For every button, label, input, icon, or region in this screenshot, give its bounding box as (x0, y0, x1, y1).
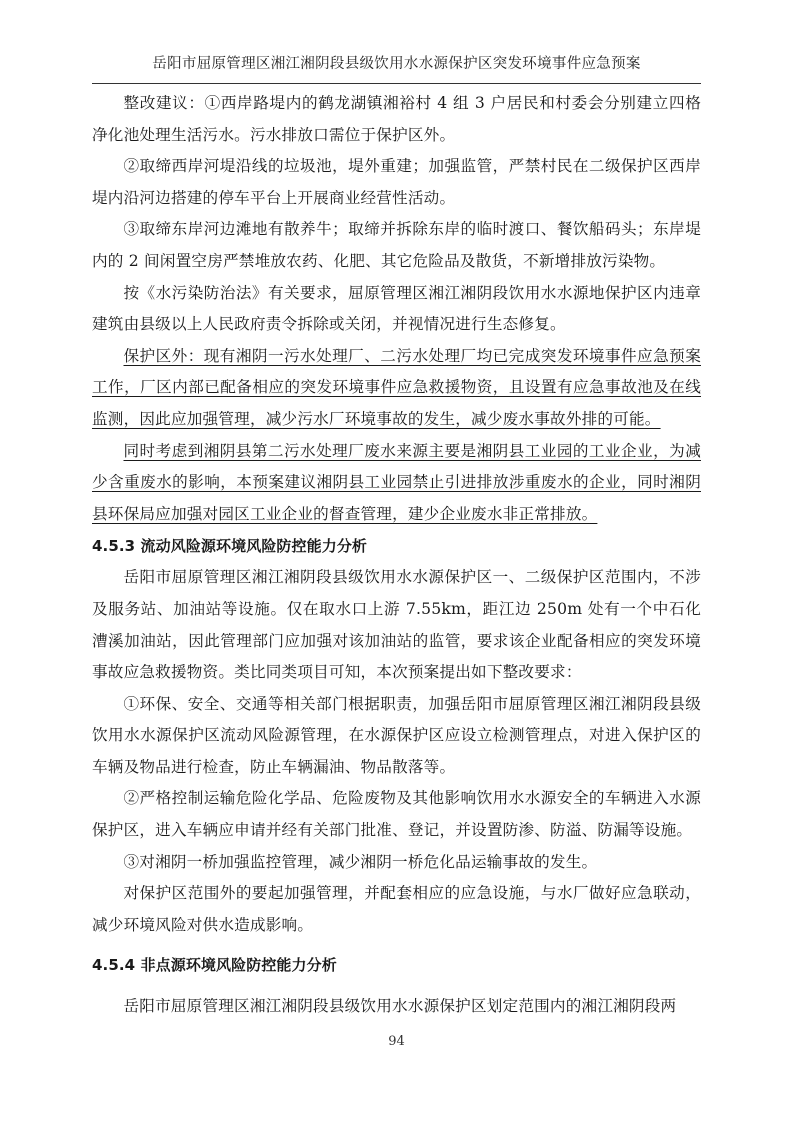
paragraph-rectification-2: ②取缔西岸河堤沿线的垃圾池，堤外重建；加强监管，严禁村民在二级保护区西岸堤内沿河… (92, 151, 701, 214)
paragraph-rectification-3: ③取缔东岸河边滩地有散养牛；取缔并拆除东岸的临时渡口、餐饮船码头；东岸堤内的 2… (92, 214, 701, 277)
paragraph-mobile-risk-item-2: ②严格控制运输危险化学品、危险废物及其他影响饮用水水源安全的车辆进入水源保护区，… (92, 783, 701, 846)
paragraph-industrial-park: 同时考虑到湘阴县第二污水处理厂废水来源主要是湘阴县工业园的工业企业，为减少含重废… (92, 436, 701, 531)
section-heading-4-5-3: 4.5.3 流动风险源环境风险防控能力分析 (92, 530, 701, 562)
running-header: 岳阳市屈原管理区湘江湘阴段县级饮用水水源保护区突发环境事件应急预案 (92, 52, 701, 73)
paragraph-mobile-risk-outside: 对保护区范围外的要起加强管理，并配套相应的应急设施，与水厂做好应急联动，减少环境… (92, 878, 701, 941)
paragraph-rectification-1: 整改建议：①西岸路堤内的鹤龙湖镇湘裕村 4 组 3 户居民和村委会分别建立四格净… (92, 88, 701, 151)
paragraph-nonpoint-risk-intro: 岳阳市屈原管理区湘江湘阴段县级饮用水水源保护区划定范围内的湘江湘阴段两 (92, 991, 701, 1023)
header-divider (92, 83, 701, 84)
page-number: 94 (0, 1034, 793, 1049)
paragraph-mobile-risk-item-3: ③对湘阴一桥加强监控管理，减少湘阴一桥危化品运输事故的发生。 (92, 847, 701, 879)
paragraph-outside-protection-zone: 保护区外：现有湘阴一污水处理厂、二污水处理厂均已完成突发环境事件应急预案工作，厂… (92, 341, 701, 436)
paragraph-mobile-risk-item-1: ①环保、安全、交通等相关部门根据职责，加强岳阳市屈原管理区湘江湘阴段县级饮用水水… (92, 689, 701, 784)
paragraph-mobile-risk-intro: 岳阳市屈原管理区湘江湘阴段县级饮用水水源保护区一、二级保护区范围内，不涉及服务站… (92, 562, 701, 688)
section-heading-4-5-4: 4.5.4 非点源环境风险防控能力分析 (92, 949, 701, 981)
page-body: 整改建议：①西岸路堤内的鹤龙湖镇湘裕村 4 组 3 户居民和村委会分别建立四格净… (92, 88, 701, 1023)
paragraph-water-pollution-law: 按《水污染防治法》有关要求，屈原管理区湘江湘阴段饮用水水源地保护区内违章建筑由县… (92, 278, 701, 341)
